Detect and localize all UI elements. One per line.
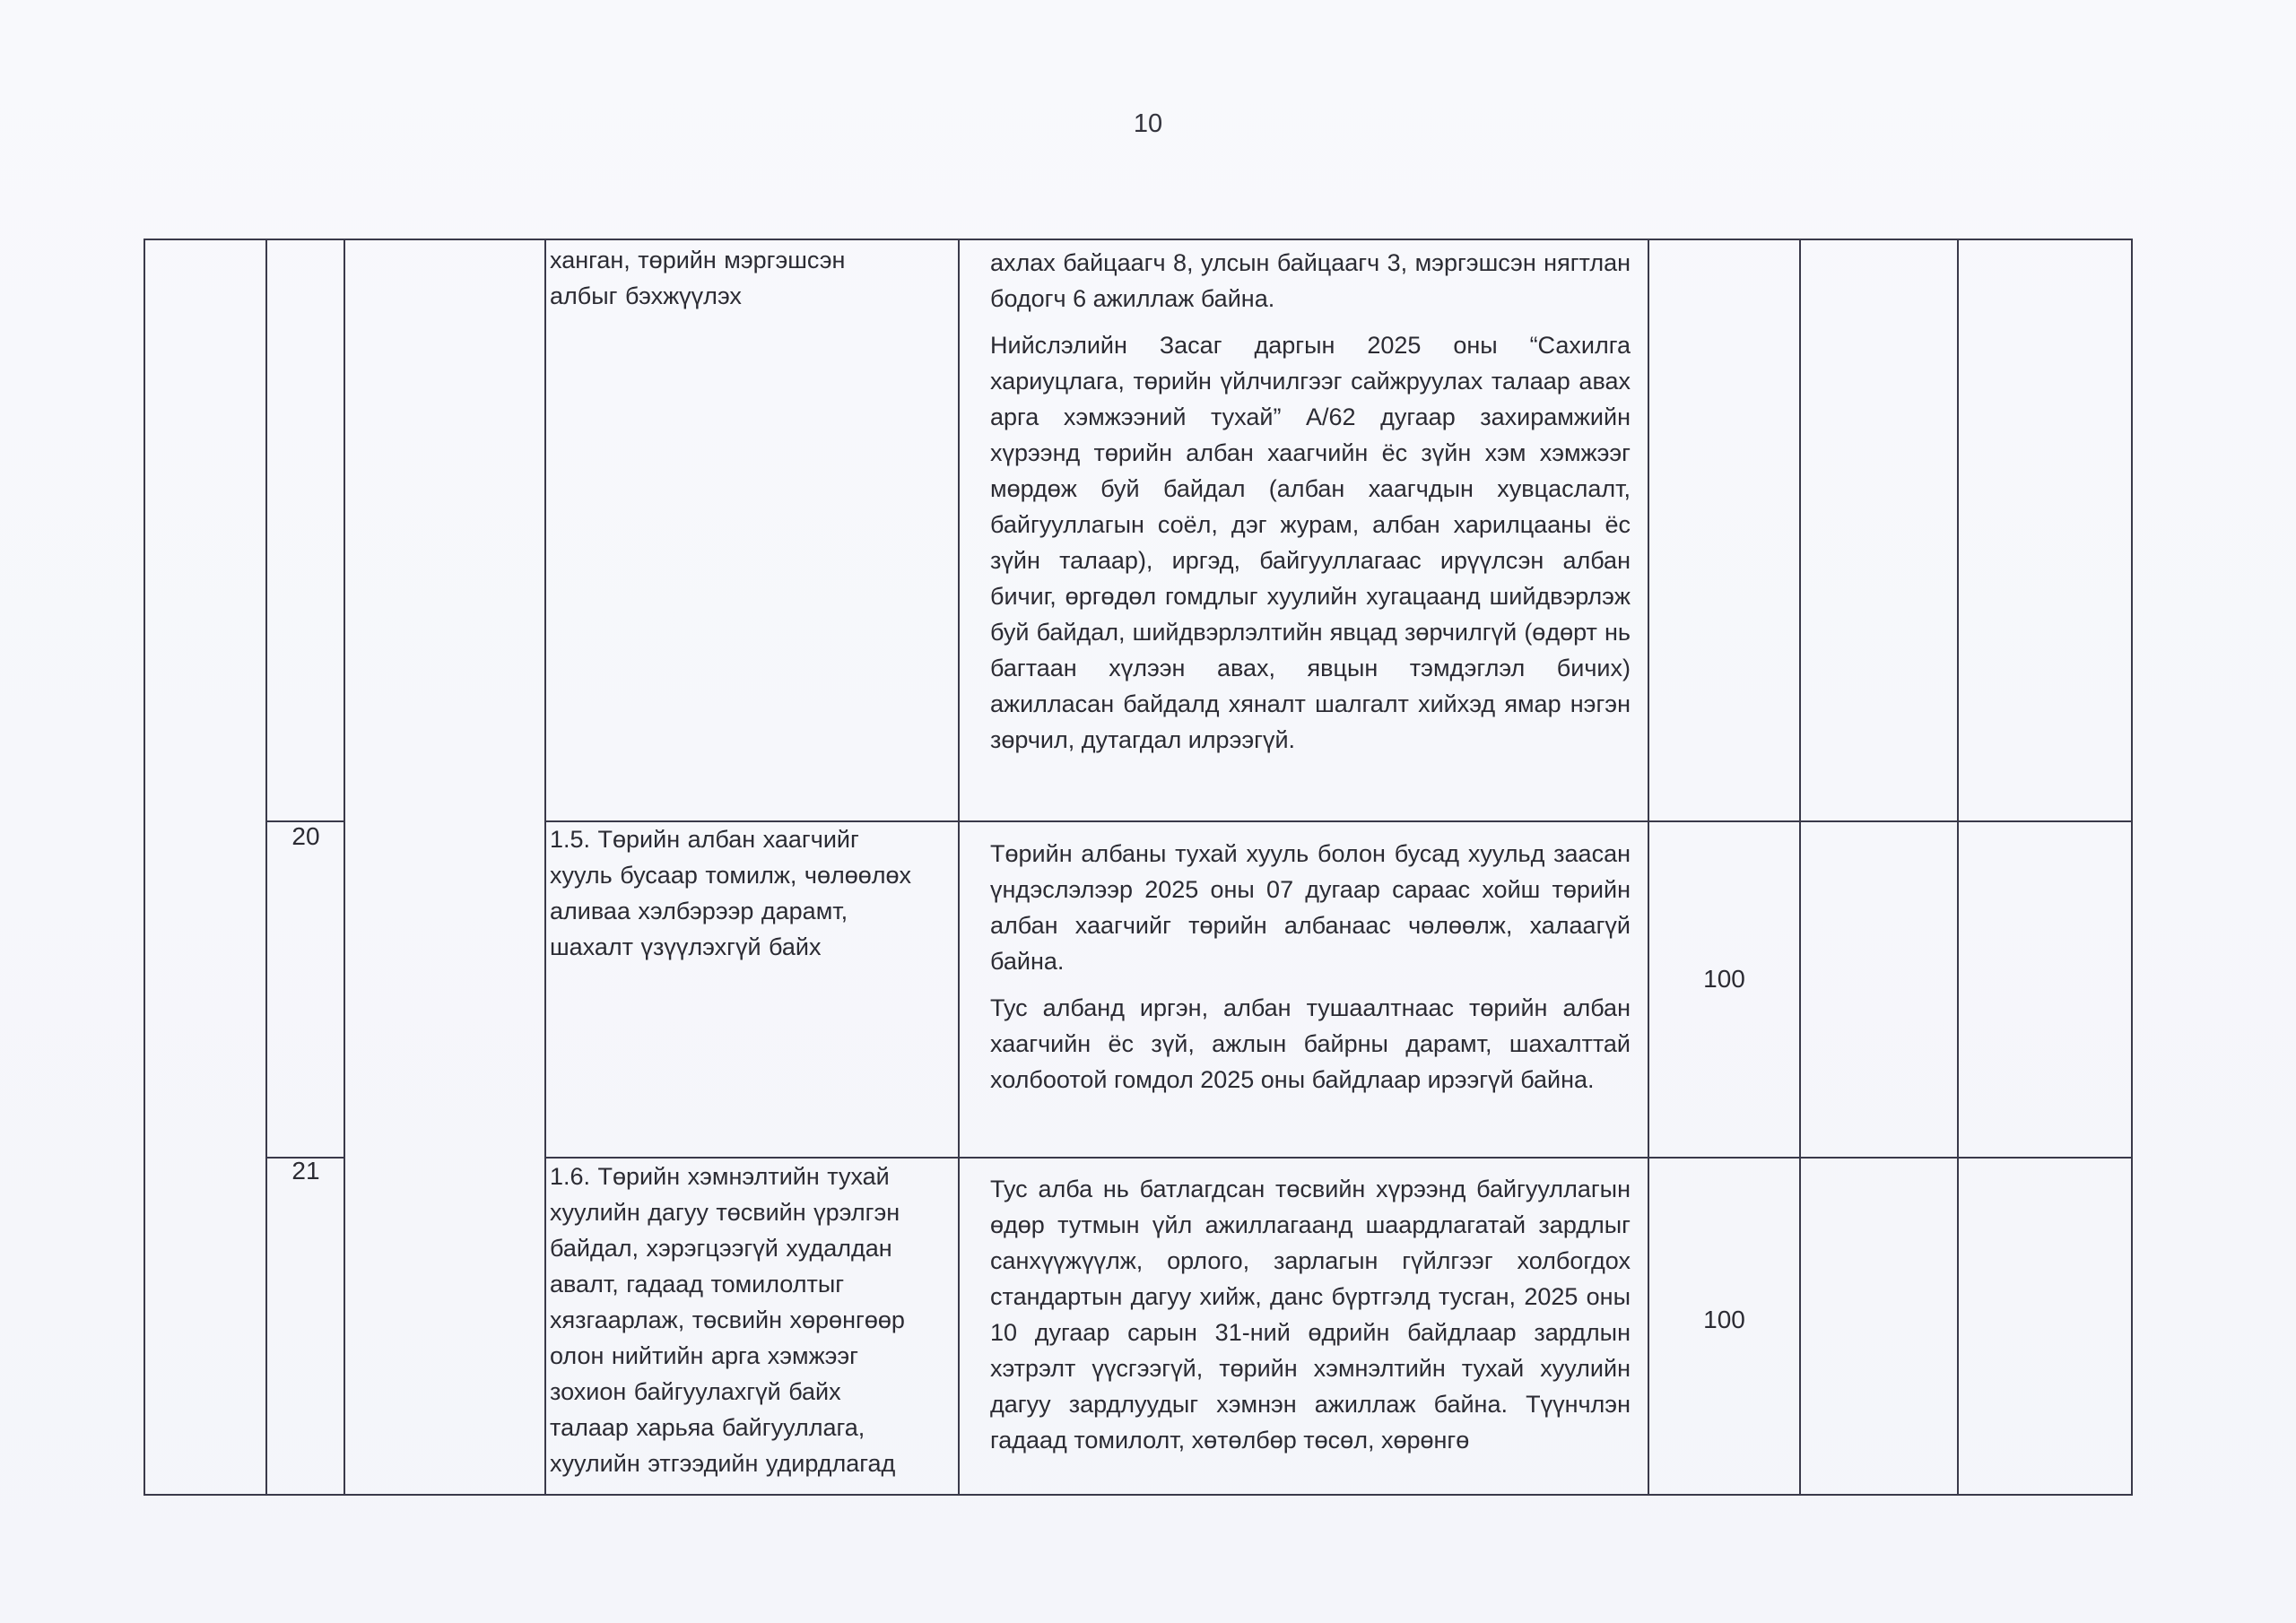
result-cell: Төрийн албаны тухай хууль болон бусад ху… [990, 836, 1631, 1108]
task-line: шахалт үзүүлэхгүй байх [550, 929, 955, 965]
column-divider [1799, 239, 1801, 1496]
task-line: ханган, төрийн мэргэшсэн [550, 242, 953, 278]
row-index: 21 [267, 1151, 344, 1191]
task-line: олон нийтийн арга хэмжээг [550, 1338, 955, 1374]
task-line: талаар харьяа байгууллага, [550, 1410, 955, 1445]
table-border-top [143, 239, 2133, 240]
task-line: зохион байгуулахгүй байх [550, 1374, 955, 1410]
column-divider [265, 239, 267, 1496]
task-line: хязгаарлаж, төсвийн хөрөнгөөр [550, 1302, 955, 1338]
result-paragraph: Нийслэлийн Засаг даргын 2025 оны “Сахилг… [990, 327, 1631, 758]
result-paragraph: ахлах байцаагч 8, улсын байцаагч 3, мэрг… [990, 245, 1631, 317]
task-line: хууль бусаар томилж, чөлөөлөх [550, 857, 955, 893]
task-cell: 1.6. Төрийн хэмнэлтийн тухай хуулийн даг… [550, 1159, 955, 1481]
row-index: 20 [267, 817, 344, 856]
document-page: 10 ханган, төрийн мэргэшсэн албыг бэхжүү… [0, 0, 2296, 1623]
page-number: 10 [0, 109, 2296, 139]
task-line: байдал, хэрэгцээгүй худалдан [550, 1230, 955, 1266]
table-border-right [2131, 239, 2133, 1496]
task-line: хуулийн дагуу төсвийн үрэлгэн [550, 1194, 955, 1230]
column-divider [544, 239, 546, 1496]
result-paragraph: Тус албанд иргэн, албан тушаалтнаас төри… [990, 990, 1631, 1098]
task-line: 1.6. Төрийн хэмнэлтийн тухай [550, 1159, 955, 1194]
column-divider [344, 239, 345, 1496]
task-line: хуулийн этгээдийн удирдлагад [550, 1445, 955, 1481]
task-line: аливаа хэлбэрээр дарамт, [550, 893, 955, 929]
table-border-bottom [143, 1494, 2133, 1496]
score-value: 100 [1649, 959, 1799, 999]
task-line: авалт, гадаад томилолтыг [550, 1266, 955, 1302]
task-line: албыг бэхжүүлэх [550, 278, 953, 314]
result-cell: ахлах байцаагч 8, улсын байцаагч 3, мэрг… [990, 245, 1631, 768]
task-cell: 1.5. Төрийн албан хаагчийг хууль бусаар … [550, 821, 955, 965]
result-cell: Тус алба нь батлагдсан төсвийн хүрээнд б… [990, 1171, 1631, 1469]
task-cell: ханган, төрийн мэргэшсэн албыг бэхжүүлэх [550, 242, 953, 314]
result-paragraph: Тус алба нь батлагдсан төсвийн хүрээнд б… [990, 1171, 1631, 1458]
report-table: ханган, төрийн мэргэшсэн албыг бэхжүүлэх… [143, 239, 2131, 1496]
table-border-left [143, 239, 145, 1496]
result-paragraph: Төрийн албаны тухай хууль болон бусад ху… [990, 836, 1631, 979]
column-divider [1957, 239, 1959, 1496]
task-line: 1.5. Төрийн албан хаагчийг [550, 821, 955, 857]
score-value: 100 [1649, 1300, 1799, 1340]
column-divider [958, 239, 960, 1496]
